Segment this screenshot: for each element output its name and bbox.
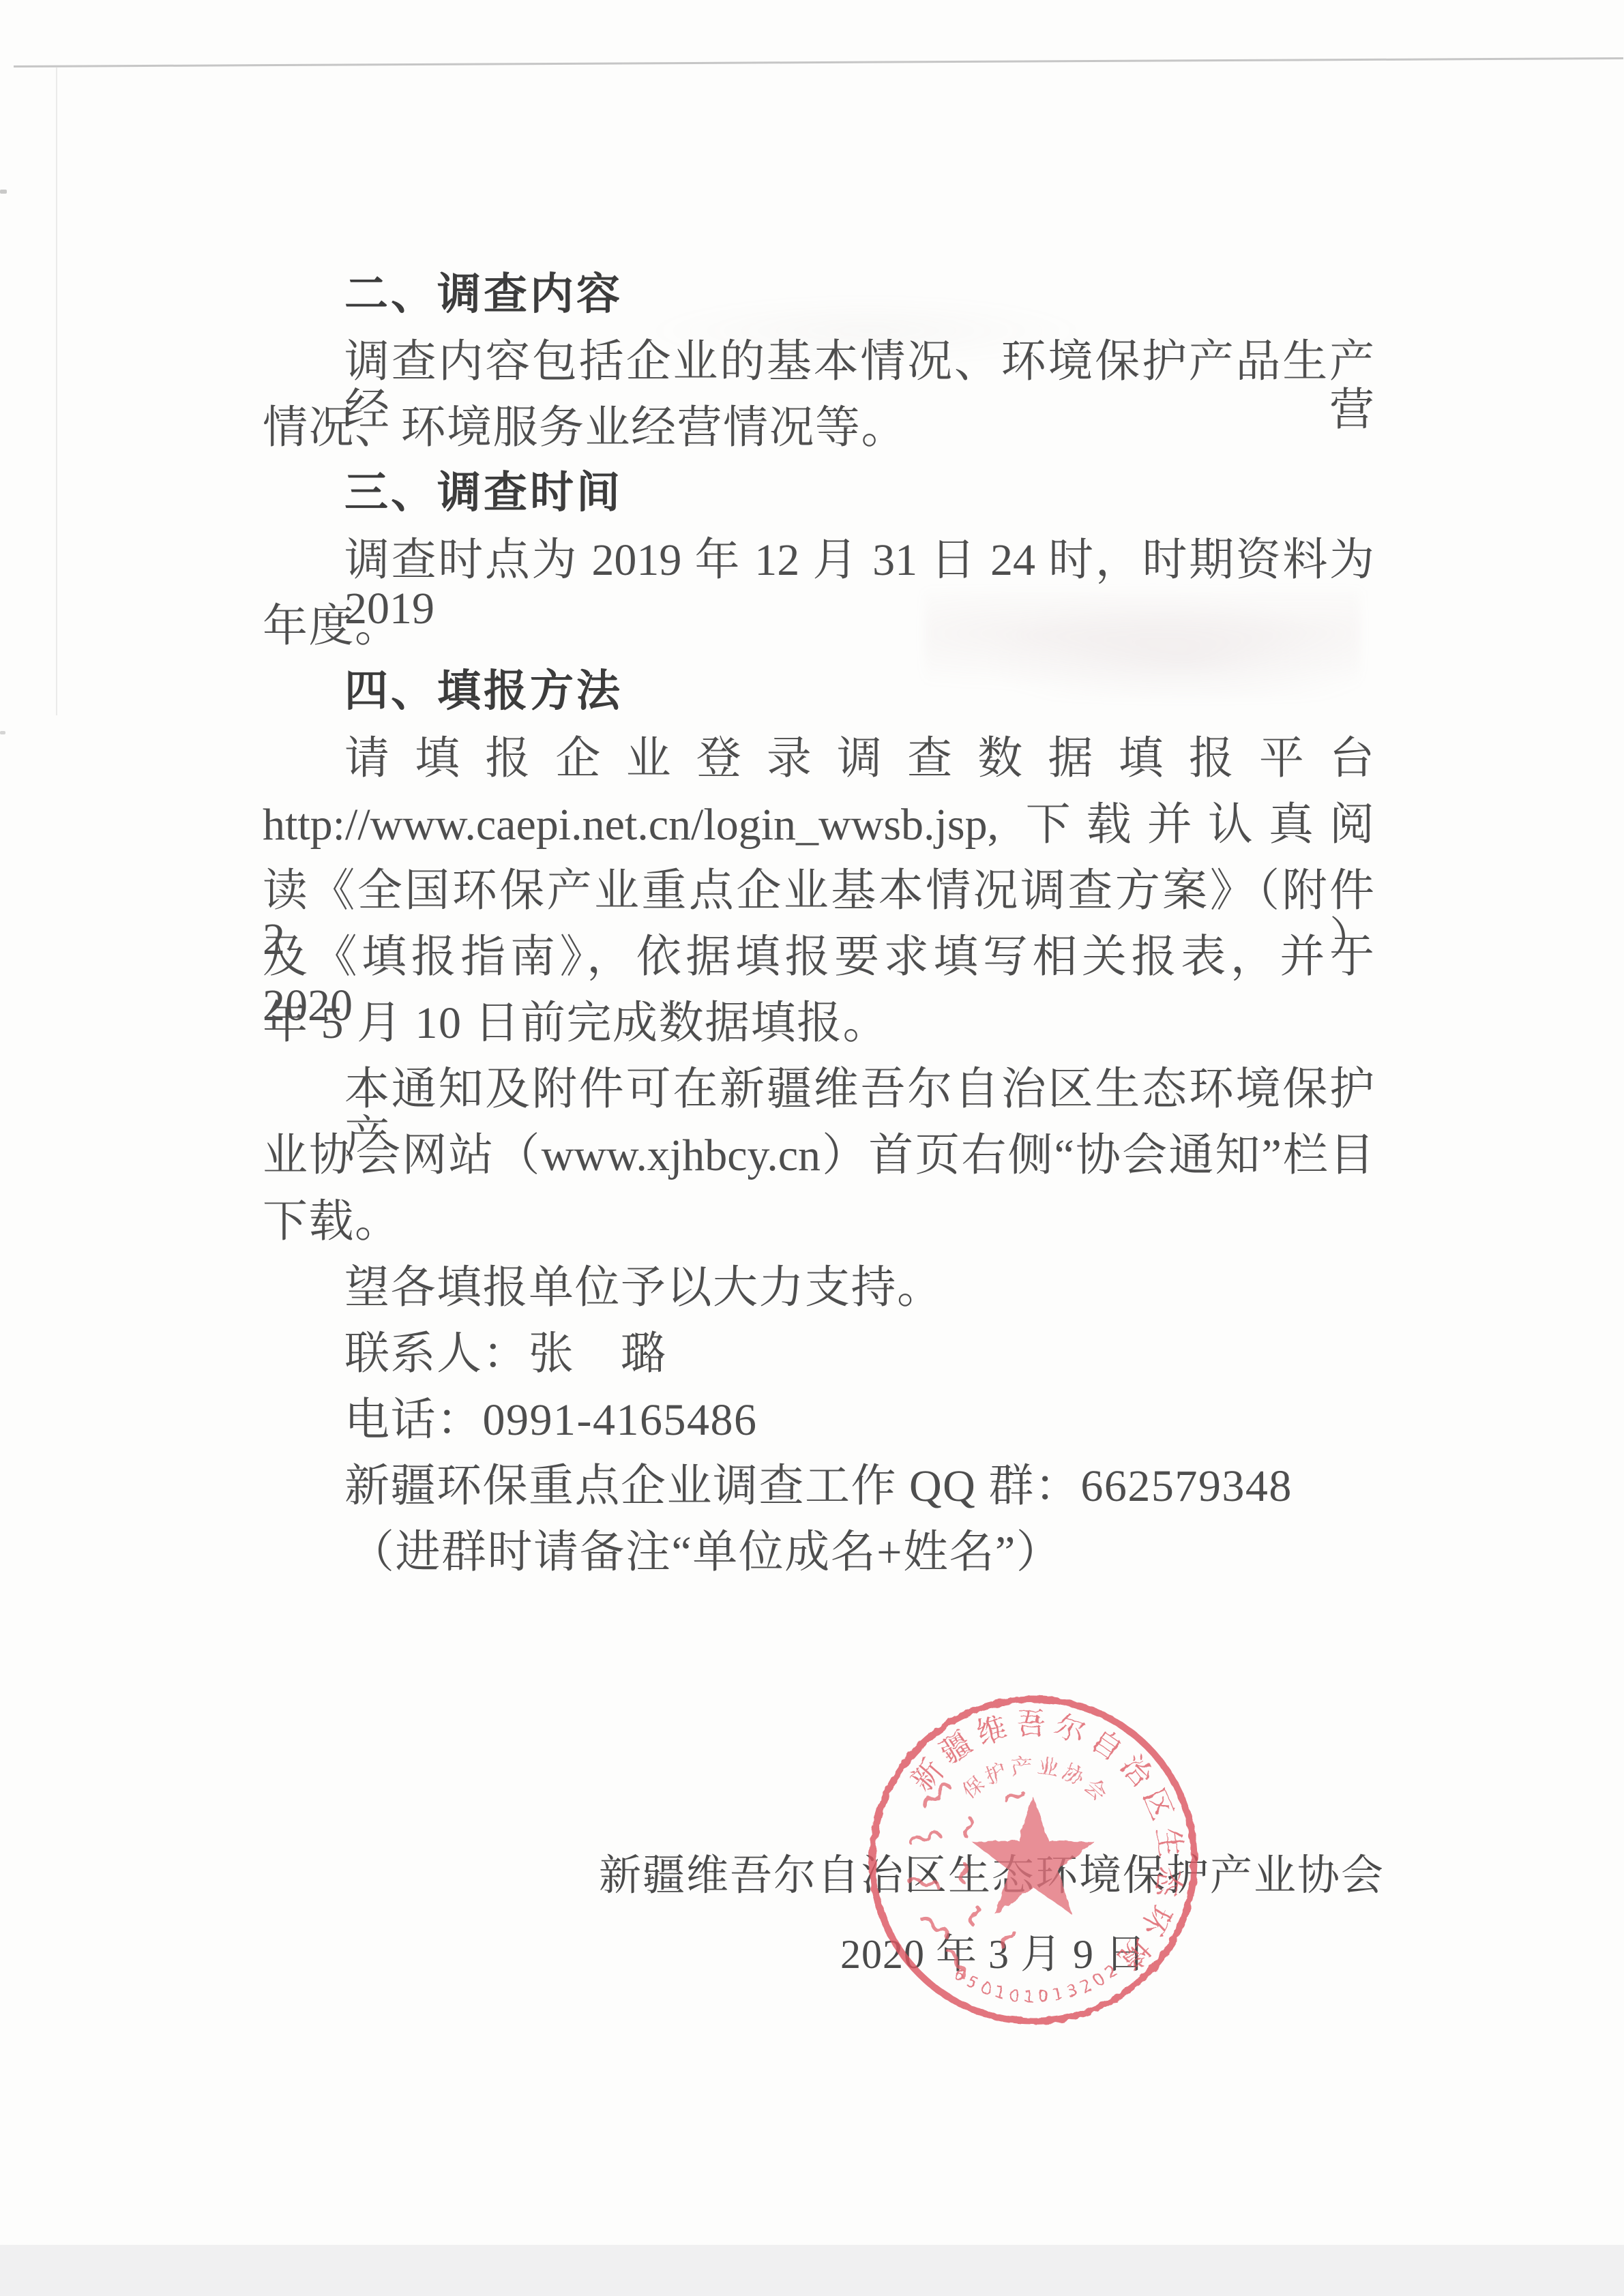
scanned-notice-page: 二、调查内容 调查内容包括企业的基本情况、环境保护产品生产经营 情况、环境服务业… — [0, 0, 1624, 2296]
method-line-2-url: http://www.caepi.net.cn/login_wwsb.jsp, … — [263, 801, 1374, 849]
seal-star-icon — [972, 1797, 1095, 1914]
scan-speck — [0, 190, 7, 194]
section-4-heading: 四、填报方法 — [344, 668, 623, 715]
scan-speck — [0, 731, 5, 734]
phone-line: 电话：0991-4165486 — [344, 1396, 757, 1444]
download-line-2-url: 业协会网站（www.xjhbcy.cn）首页右侧“协会通知”栏目 — [263, 1131, 1374, 1180]
section-3-heading: 三、调查时间 — [344, 470, 623, 517]
svg-text:6501010132021: 6501010132021 — [801, 1628, 1125, 2006]
qq-group-note-line: （进群时请备注“单位成名+姓名”） — [349, 1528, 1062, 1577]
qq-group-line: 新疆环保重点企业调查工作 QQ 群：662579348 — [344, 1462, 1293, 1510]
survey-content-line-2: 情况、环境服务业经营情况等。 — [263, 404, 907, 452]
support-line: 望各填报单位予以大力支持。 — [344, 1264, 943, 1312]
method-line-5: 年 5 月 10 日前完成数据填报。 — [263, 999, 889, 1047]
official-seal: 新疆维吾尔自治区生态环境 保护产业协会 6501010132021 — [801, 1628, 1265, 2092]
scan-artifact-line — [14, 57, 1623, 68]
survey-time-line-2: 年度。 — [263, 602, 401, 651]
seal-serial-number: 6501010132021 — [801, 1628, 1125, 2006]
svg-text:保护产业协会: 保护产业协会 — [958, 1753, 1114, 1808]
method-line-1: 请填报企业登录调查数据填报平台 — [344, 734, 1374, 783]
survey-time-line-1: 调查时点为 2019 年 12 月 31 日 24 时，时期资料为 2019 — [344, 536, 1374, 633]
contact-person-line: 联系人：张 璐 — [344, 1330, 667, 1378]
download-line-3: 下载。 — [263, 1197, 401, 1246]
seal-ring-text-inner: 保护产业协会 — [958, 1753, 1114, 1808]
section-2-heading: 二、调查内容 — [344, 271, 623, 318]
scan-page-edge — [56, 68, 57, 715]
scan-bottom-shadow — [0, 2245, 1624, 2296]
